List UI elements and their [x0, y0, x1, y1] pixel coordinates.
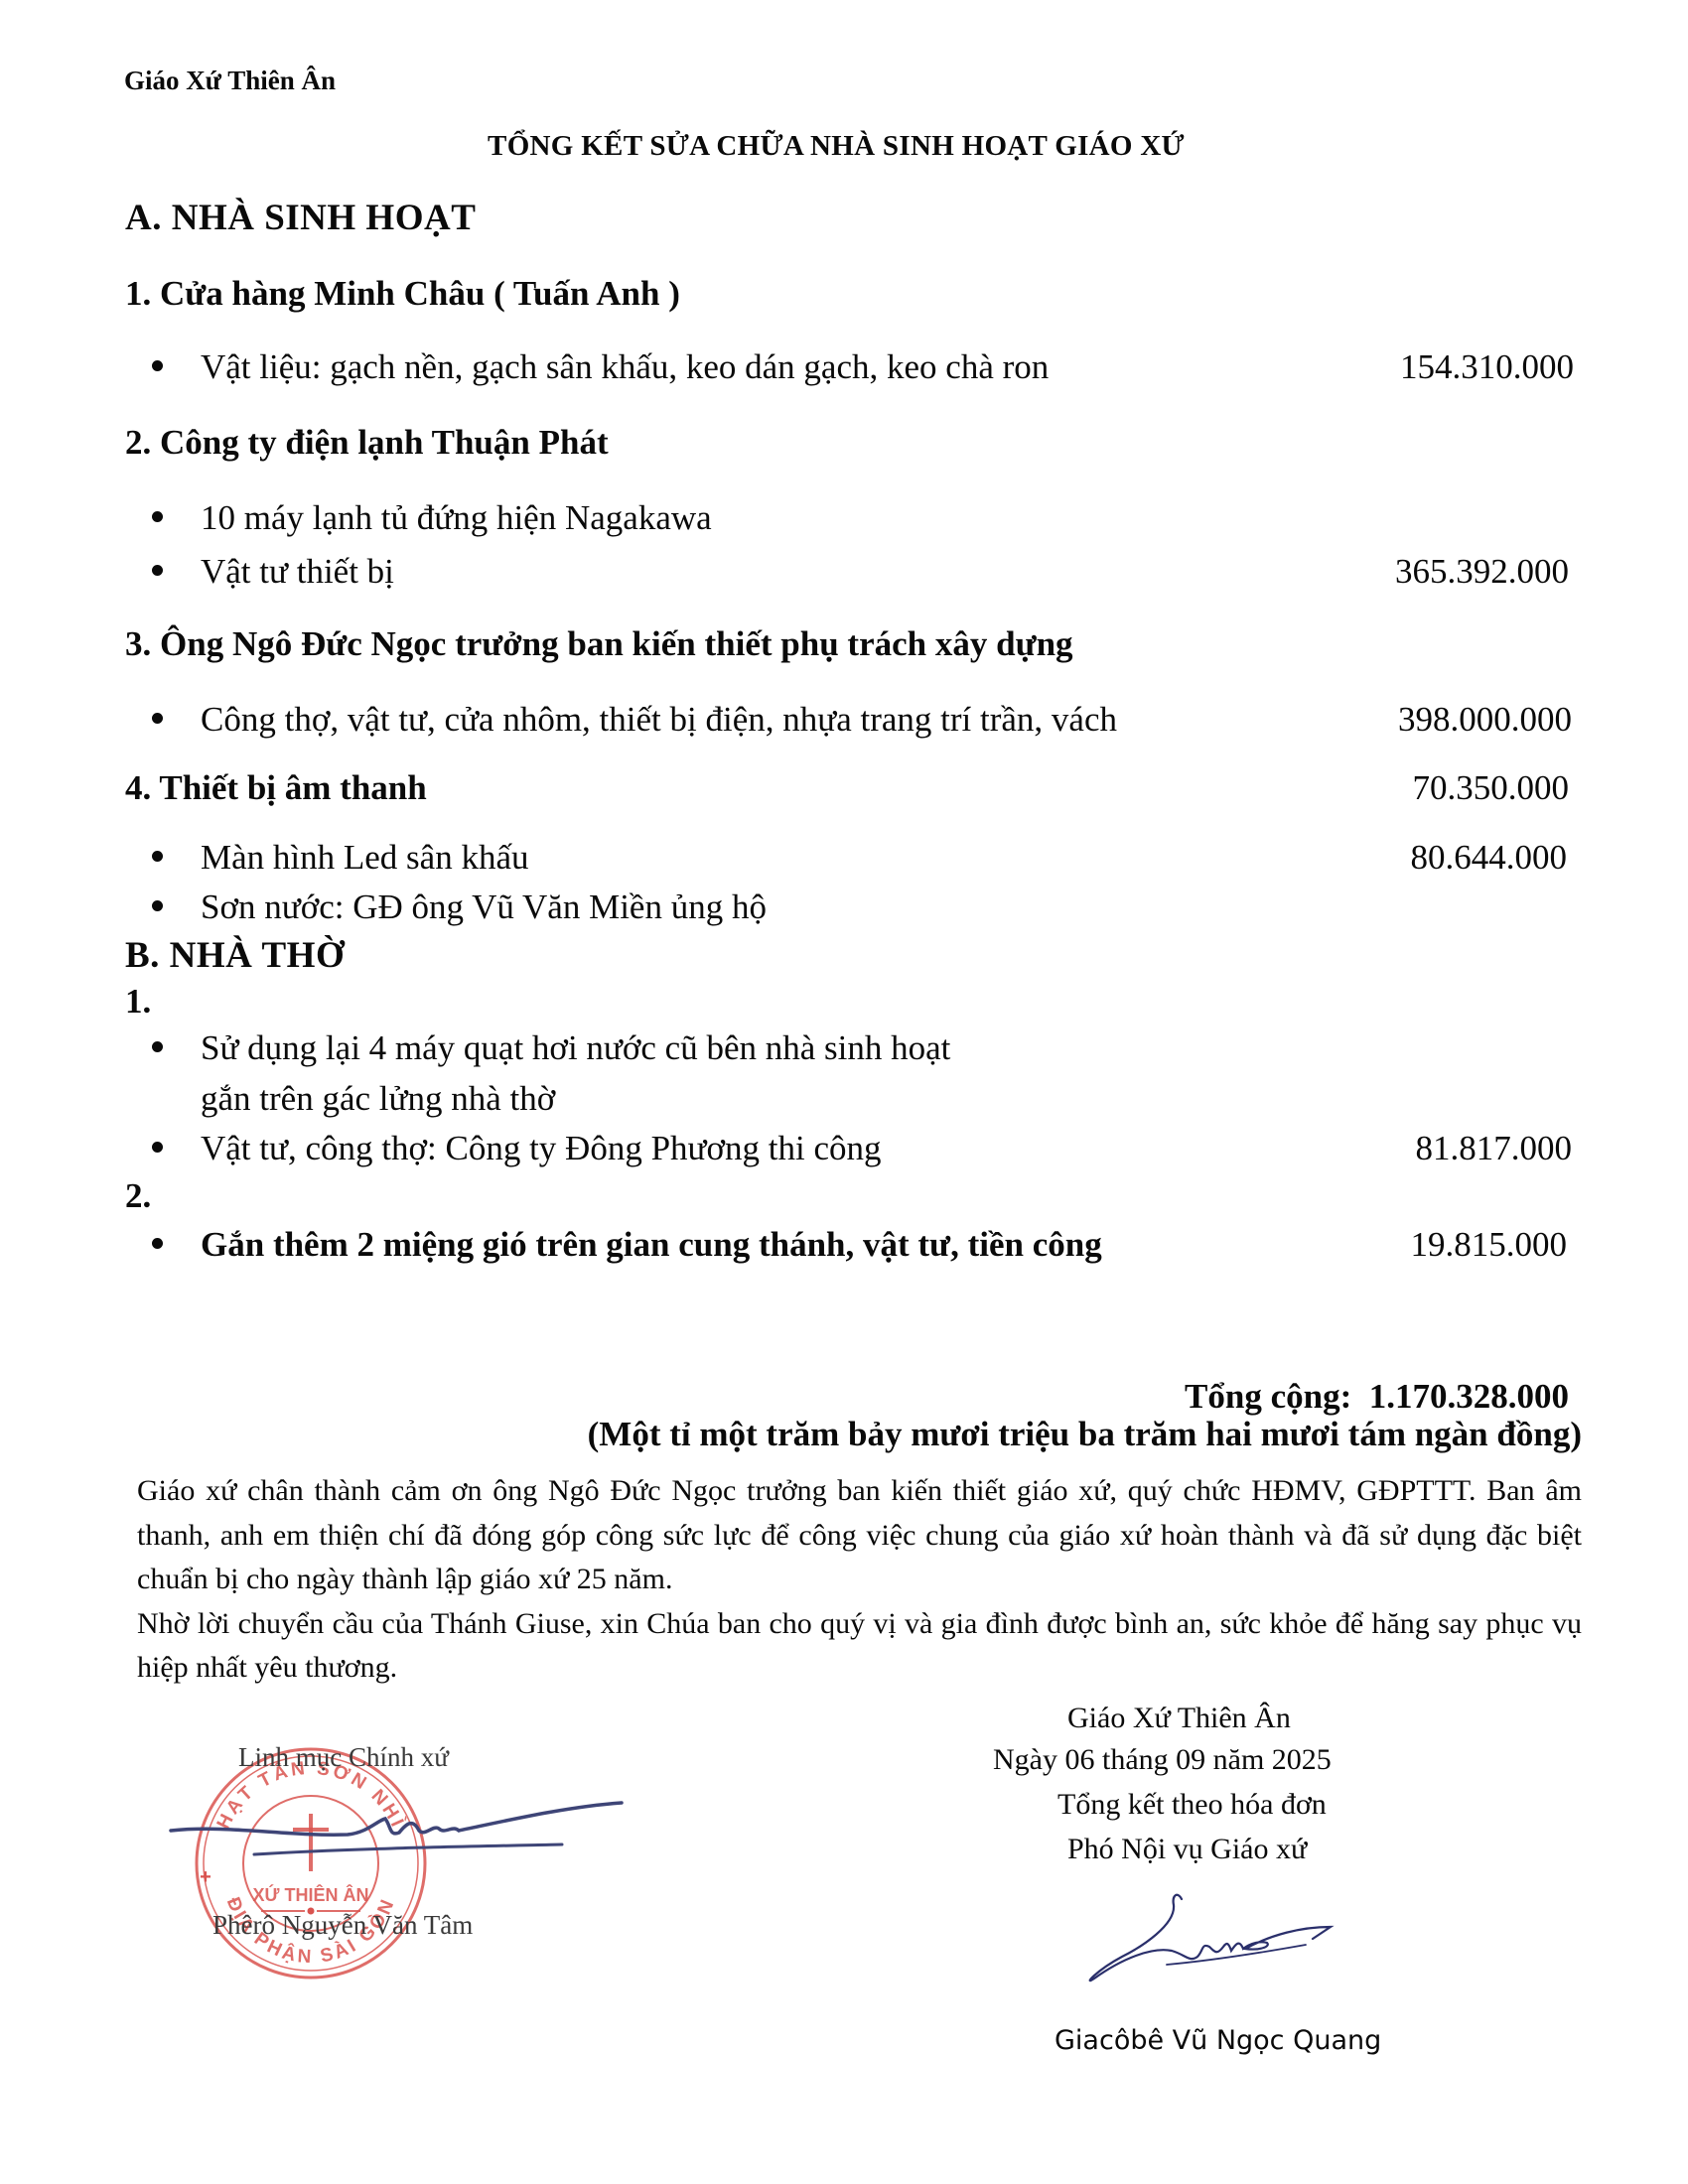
- group-heading: 3. Ông Ngô Đức Ngọc trưởng ban kiến thiế…: [125, 626, 1073, 661]
- sig-date: Ngày 06 tháng 09 năm 2025: [993, 1745, 1332, 1775]
- secretary-handwritten-signature-icon: [1082, 1891, 1350, 1990]
- bullet-icon: [152, 360, 163, 371]
- sig-parish: Giáo Xứ Thiên Ân: [1067, 1704, 1291, 1733]
- item-amount: 19.815.000: [1411, 1227, 1568, 1262]
- bullet-icon: [152, 1238, 163, 1249]
- sig-role: Phó Nội vụ Giáo xứ: [1067, 1835, 1307, 1864]
- group-amount: 70.350.000: [1413, 770, 1570, 805]
- item-text: Gắn thêm 2 miệng gió trên gian cung thán…: [201, 1227, 1102, 1262]
- section-b-title: B. NHÀ THỜ: [125, 937, 345, 974]
- bullet-icon: [152, 900, 163, 911]
- bullet-icon: [152, 851, 163, 862]
- item-amount: 80.644.000: [1411, 840, 1568, 875]
- item-text: Công thợ, vật tư, cửa nhôm, thiết bị điệ…: [201, 702, 1117, 737]
- total-amount: 1.170.328.000: [1369, 1377, 1569, 1416]
- total-label: Tổng cộng:: [1185, 1377, 1351, 1416]
- group-heading: 1.: [125, 984, 151, 1019]
- document-title: TỔNG KẾT SỬA CHỮA NHÀ SINH HOẠT GIÁO XỨ: [448, 132, 1224, 161]
- bullet-icon: [152, 713, 163, 724]
- group-heading: 4. Thiết bị âm thanh: [125, 770, 427, 805]
- item-text-continued: gắn trên gác lửng nhà thờ: [201, 1081, 555, 1116]
- item-amount: 398.000.000: [1398, 702, 1572, 737]
- secretary-name: Giacôbê Vũ Ngọc Quang: [1055, 2027, 1381, 2054]
- item-text: Sử dụng lại 4 máy quạt hơi nước cũ bên n…: [201, 1030, 950, 1065]
- group-heading: 1. Cửa hàng Minh Châu ( Tuấn Anh ): [125, 276, 680, 311]
- bullet-icon: [152, 1142, 163, 1153]
- total-in-words: (Một tỉ một trăm bảy mươi triệu ba trăm …: [588, 1417, 1582, 1451]
- pastor-name: Phêrô Nguyễn Văn Tâm: [212, 1912, 473, 1939]
- group-heading: 2. Công ty điện lạnh Thuận Phát: [125, 425, 609, 460]
- section-a-title: A. NHÀ SINH HOẠT: [125, 200, 476, 236]
- item-text: Vật tư, công thợ: Công ty Đông Phương th…: [201, 1131, 882, 1165]
- sig-note: Tổng kết theo hóa đơn: [1057, 1790, 1327, 1820]
- item-amount: 365.392.000: [1395, 554, 1569, 589]
- item-text: Màn hình Led sân khấu: [201, 840, 528, 875]
- thanks-line-2: Nhờ lời chuyển cầu của Thánh Giuse, xin …: [137, 1602, 1582, 1691]
- item-amount: 81.817.000: [1416, 1131, 1573, 1165]
- thanks-line-1: Giáo xứ chân thành cảm ơn ông Ngô Đức Ng…: [137, 1469, 1582, 1602]
- bullet-icon: [152, 565, 163, 576]
- pastor-handwritten-signature-icon: [169, 1797, 626, 1866]
- svg-text:+: +: [200, 1866, 211, 1888]
- group-heading: 2.: [125, 1178, 151, 1213]
- item-amount: 154.310.000: [1400, 349, 1574, 384]
- pastor-role: Linh mục Chính xứ: [238, 1744, 449, 1771]
- parish-name: Giáo Xứ Thiên Ân: [124, 68, 336, 94]
- item-text: Sơn nước: GĐ ông Vũ Văn Miền ủng hộ: [201, 889, 767, 924]
- grand-total: Tổng cộng: 1.170.328.000: [1185, 1379, 1569, 1414]
- thanks-paragraph: Giáo xứ chân thành cảm ơn ông Ngô Đức Ng…: [137, 1469, 1582, 1691]
- bullet-icon: [152, 1041, 163, 1052]
- item-text: 10 máy lạnh tủ đứng hiện Nagakawa: [201, 500, 712, 535]
- item-text: Vật liệu: gạch nền, gạch sân khấu, keo d…: [201, 349, 1049, 384]
- item-text: Vật tư thiết bị: [201, 554, 394, 589]
- svg-text:XỨ THIÊN ÂN: XỨ THIÊN ÂN: [253, 1884, 369, 1905]
- bullet-icon: [152, 511, 163, 522]
